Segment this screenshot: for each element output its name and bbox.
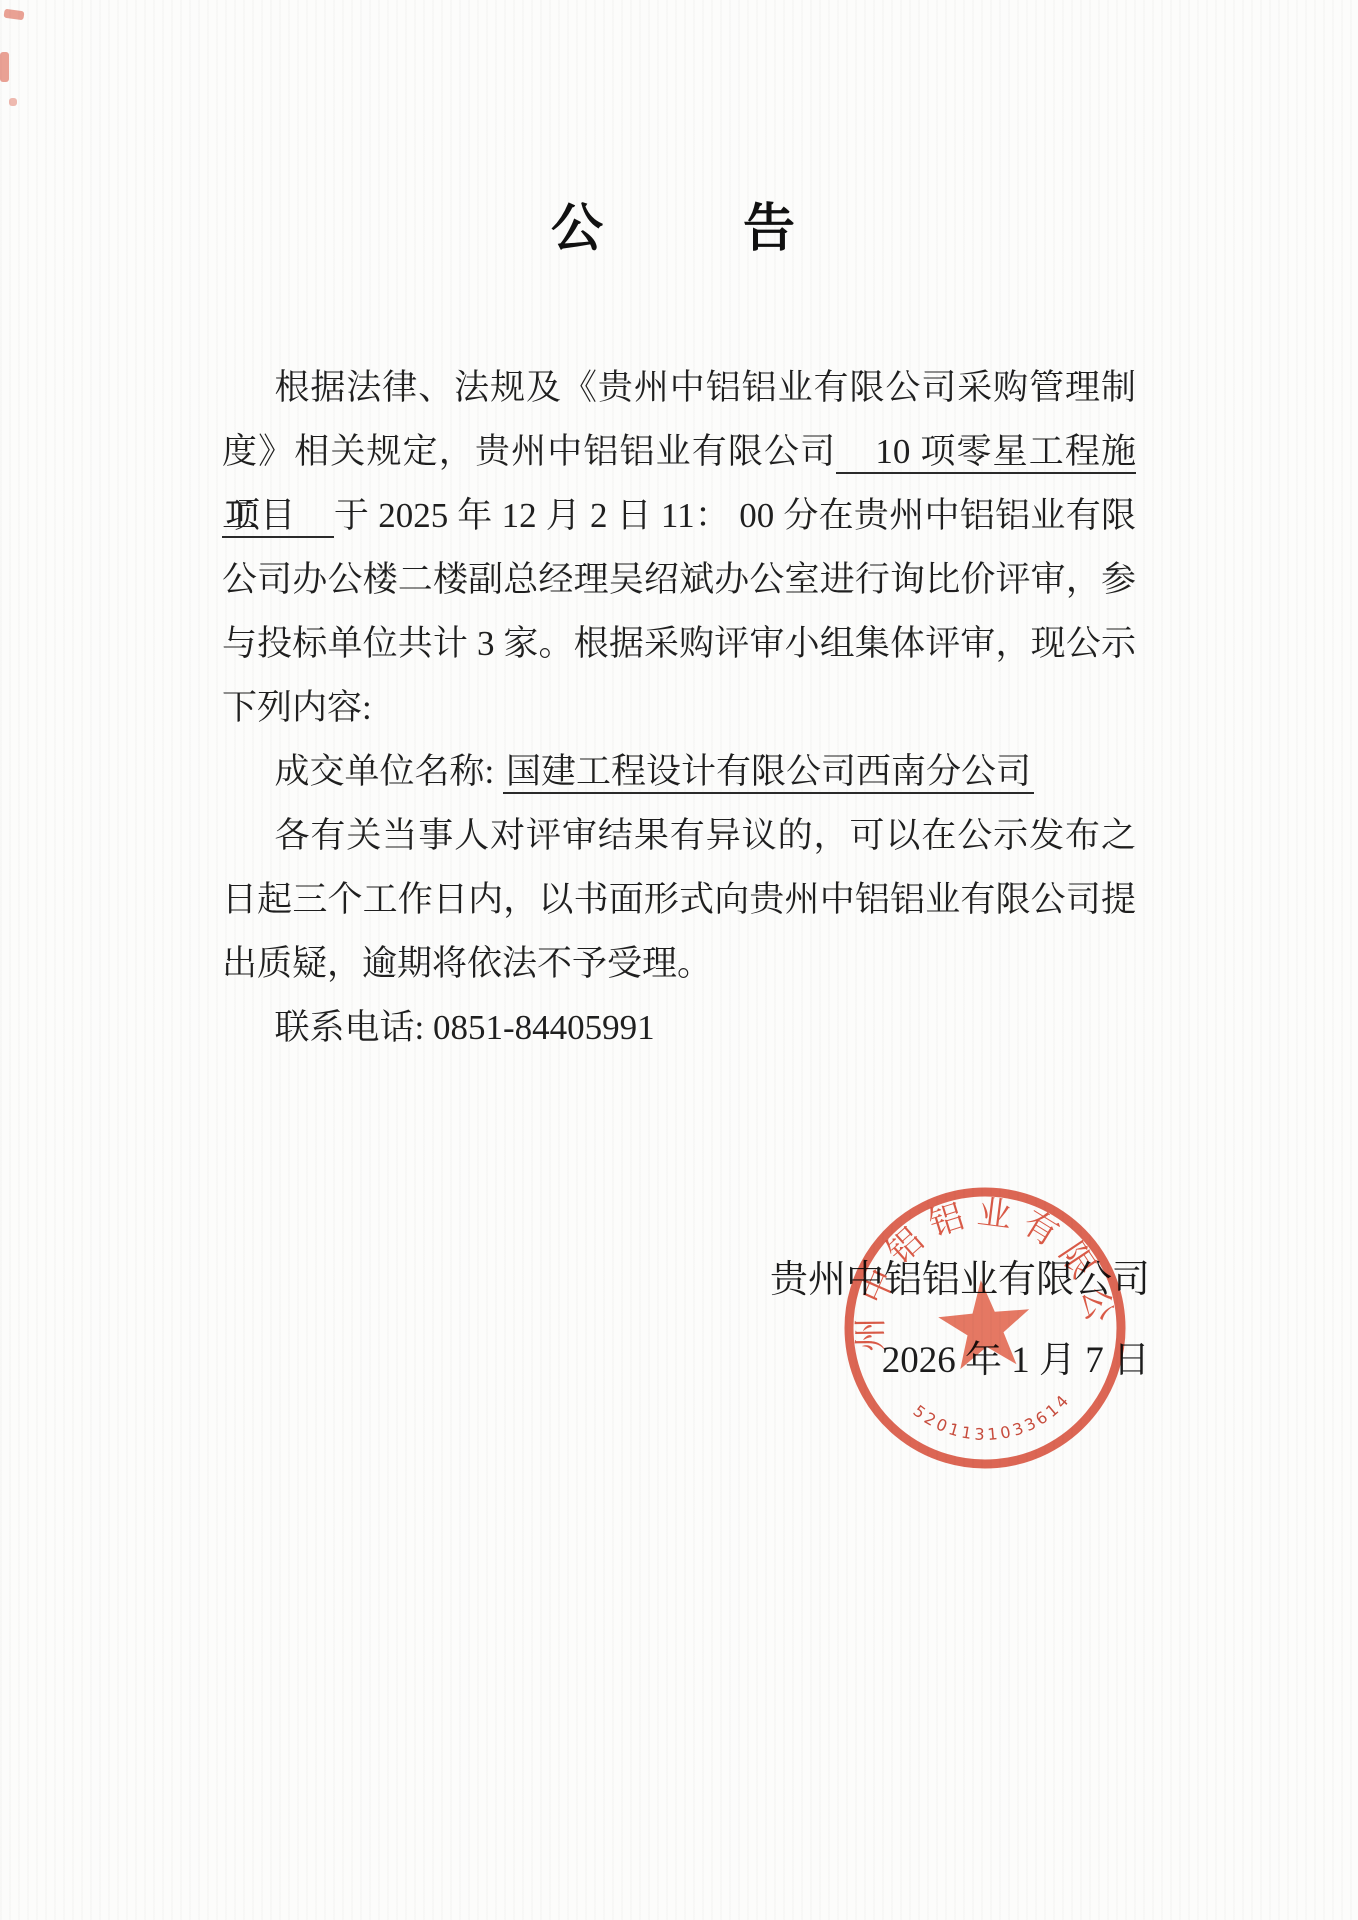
announcement-body: 根据法律、法规及《贵州中铝铝业有限公司采购管理制度》相关规定，贵州中铝铝业有限公… — [222, 356, 1136, 1060]
body-text: 于 2025 年 12 月 2 日 11： 00 分在贵州中铝铝业有限 — [334, 496, 1136, 535]
body-line: 项目 于 2025 年 12 月 2 日 11： 00 分在贵州中铝铝业有限 — [222, 484, 1136, 548]
body-line: 下列内容: — [222, 676, 1136, 740]
seal-star — [935, 1276, 1034, 1370]
company-seal-stamp: 贵州中铝铝业有限公司 5201131033614 — [822, 1165, 1147, 1490]
body-text: 度》相关规定，贵州中铝铝业有限公司 — [222, 432, 836, 471]
body-text: 日起三个工作日内，以书面形式向贵州中铝铝业有限公司提 — [222, 880, 1136, 919]
body-line: 根据法律、法规及《贵州中铝铝业有限公司采购管理制 — [222, 356, 1136, 420]
scan-artifact — [9, 98, 17, 106]
body-line: 日起三个工作日内，以书面形式向贵州中铝铝业有限公司提 — [222, 868, 1136, 932]
body-text: 根据法律、法规及《贵州中铝铝业有限公司采购管理制 — [275, 368, 1137, 407]
scan-artifact — [0, 52, 9, 82]
body-line: 出质疑，逾期将依法不予受理。 — [222, 932, 1136, 996]
underlined-text: 项目 — [222, 496, 334, 538]
page-title: 公 告 — [0, 186, 1358, 261]
scan-artifact — [3, 9, 24, 21]
body-text: 各有关当事人对评审结果有异议的，可以在公示发布之 — [275, 816, 1137, 855]
body-line: 成交单位名称: 国建工程设计有限公司西南分公司 — [222, 740, 1136, 804]
body-line: 与投标单位共计 3 家。根据采购评审小组集体评审，现公示 — [222, 612, 1136, 676]
body-text: 成交单位名称: — [275, 752, 503, 791]
body-line: 公司办公楼二楼副总经理吴绍斌办公室进行询比价评审，参 — [222, 548, 1136, 612]
announcement-document: 公 告 根据法律、法规及《贵州中铝铝业有限公司采购管理制度》相关规定，贵州中铝铝… — [0, 0, 1358, 1920]
body-text: 下列内容: — [222, 688, 372, 727]
body-text: 出质疑，逾期将依法不予受理。 — [222, 944, 712, 983]
body-line: 各有关当事人对评审结果有异议的，可以在公示发布之 — [222, 804, 1136, 868]
body-text: 联系电话: 0851-84405991 — [275, 1008, 655, 1047]
body-text: 与投标单位共计 3 家。根据采购评审小组集体评审，现公示 — [222, 624, 1136, 663]
underlined-text: 国建工程设计有限公司西南分公司 — [503, 752, 1034, 794]
body-line: 联系电话: 0851-84405991 — [222, 996, 1136, 1060]
body-line: 度》相关规定，贵州中铝铝业有限公司 10 项零星工程施工 — [222, 420, 1136, 484]
body-text: 公司办公楼二楼副总经理吴绍斌办公室进行询比价评审，参 — [222, 560, 1136, 599]
